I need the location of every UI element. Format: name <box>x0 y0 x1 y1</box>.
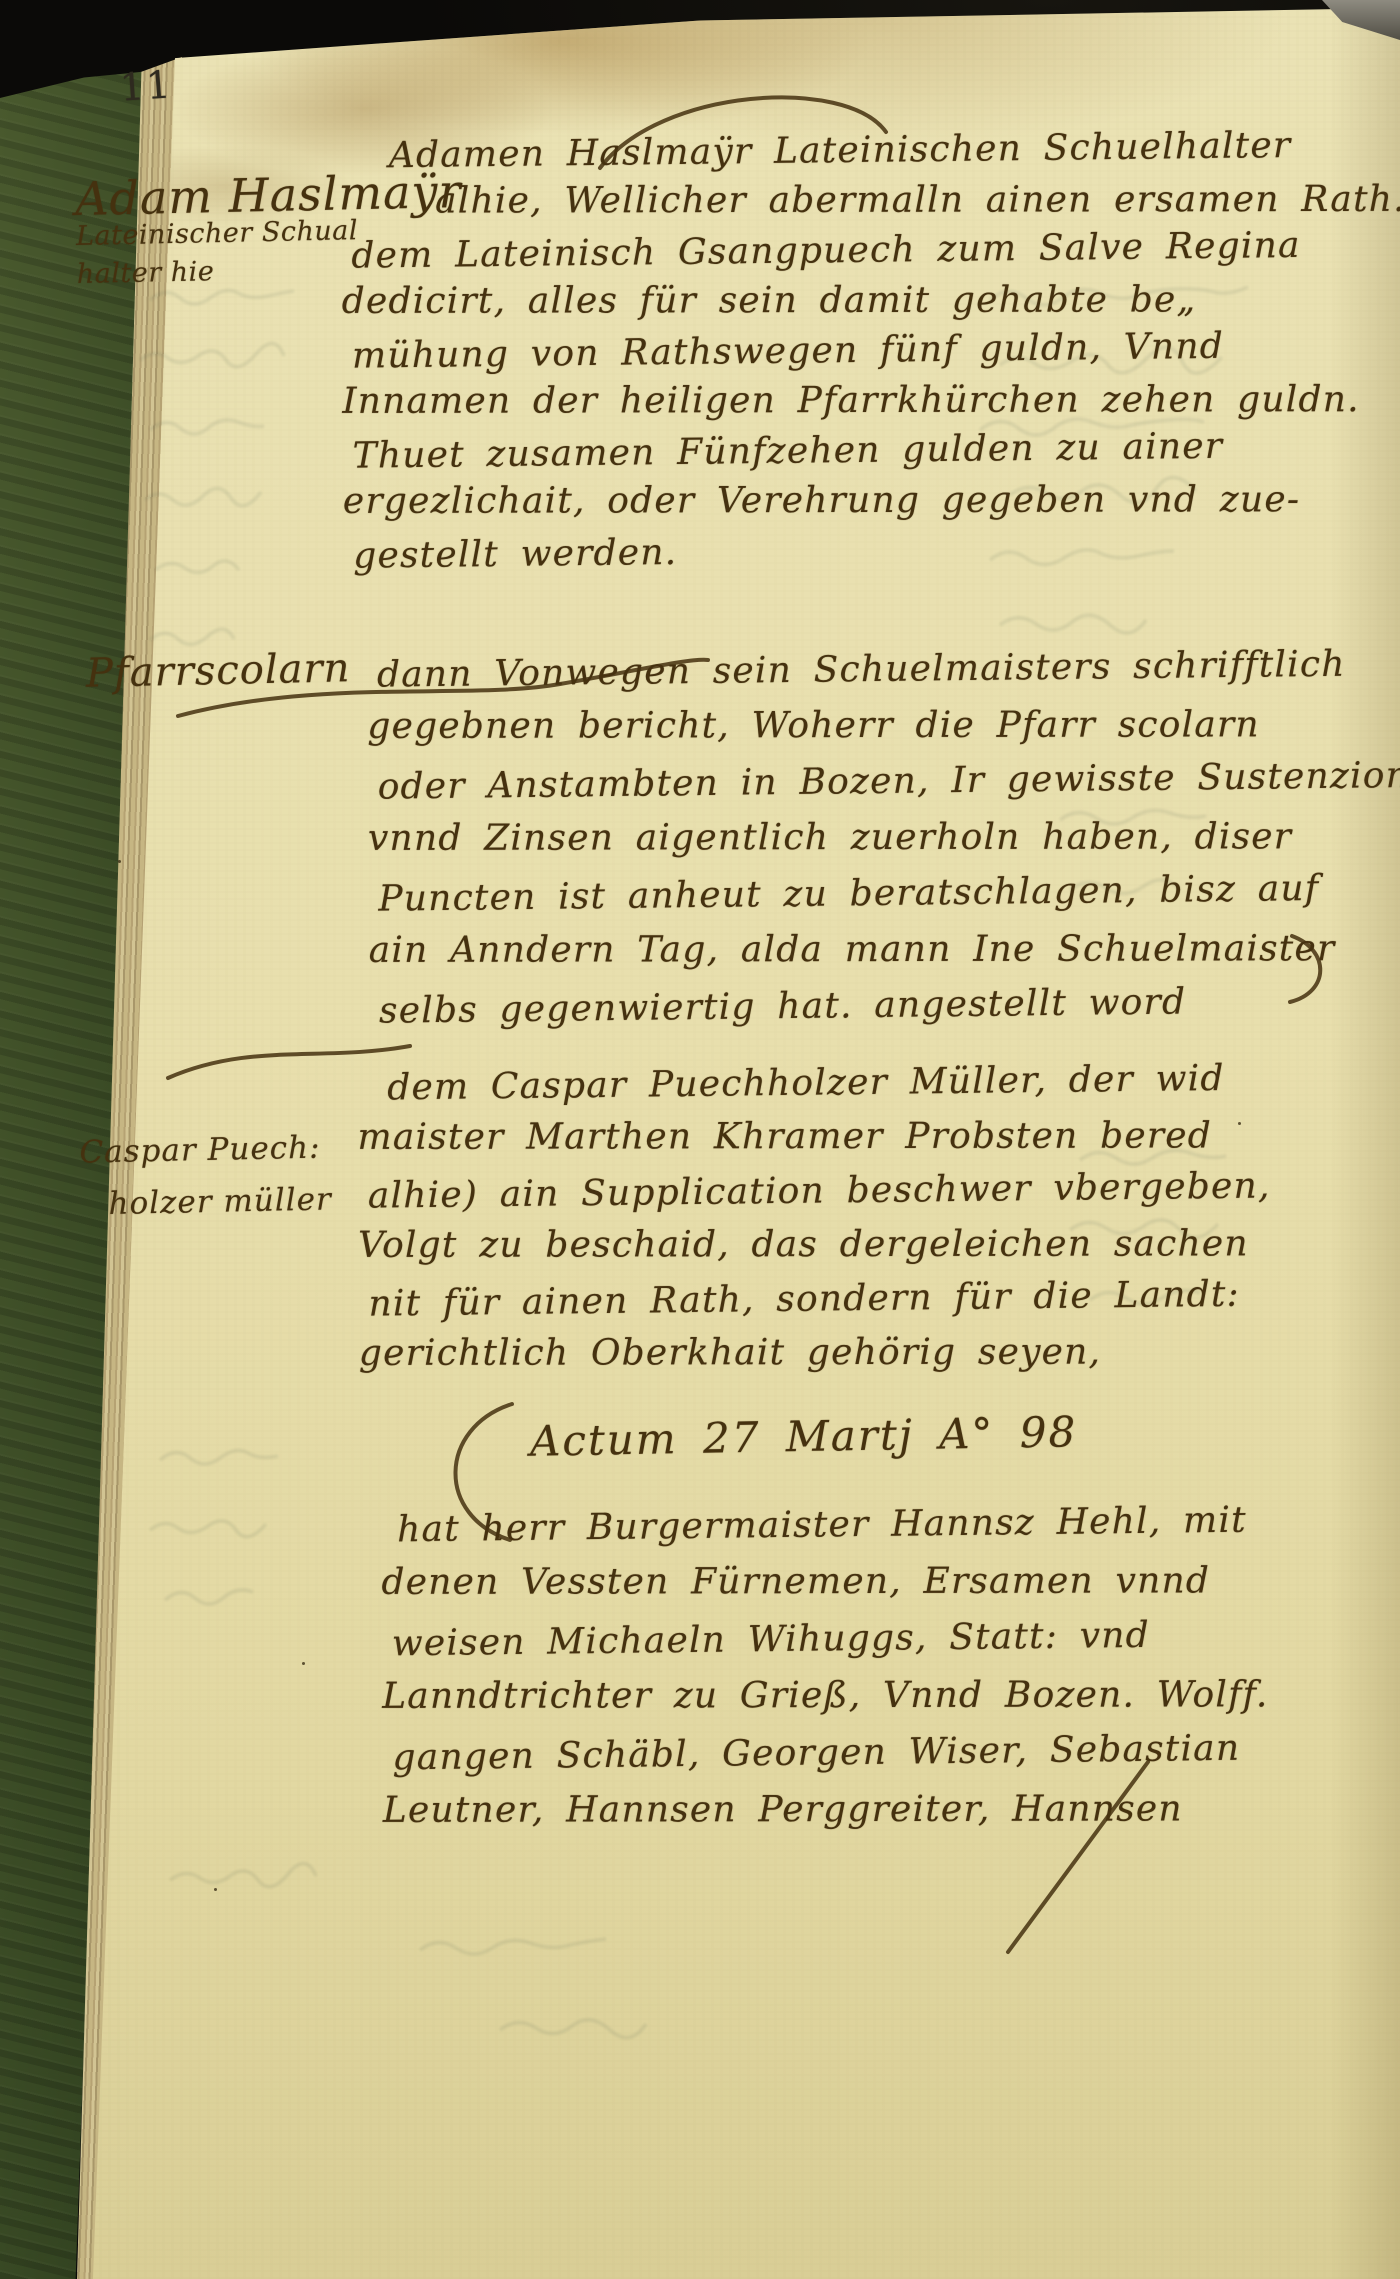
entry-3-body: dem Caspar Puechholzer Müller, der wid m… <box>367 1053 1369 1383</box>
manuscript-line: maister Marthen Khramer Probsten bered <box>357 1109 1367 1165</box>
manuscript-line: mühung von Rathswegen fünf guldn, Vnnd <box>352 320 1353 381</box>
entry-4-body: hat herr Burgermaister Hannsz Hehl, mit … <box>391 1493 1343 1841</box>
ink-speck <box>118 860 121 863</box>
manuscript-line: ain Anndern Tag, alda mann Ine Schuelmai… <box>369 921 1379 979</box>
folio-number: 11 <box>119 62 174 110</box>
margin-note-caspar-puechholzer: Caspar Puech: holzer müller <box>79 1121 332 1230</box>
manuscript-line: Lanndtrichter zu Grieß, Vnnd Bozen. Wolf… <box>382 1666 1342 1725</box>
manuscript-line: weisen Michaeln Wihuggs, Statt: vnd <box>392 1605 1343 1673</box>
manuscript-line: dedicirt, alles für sein damit gehabte b… <box>342 275 1352 327</box>
manuscript-line: alhie, Wellicher abermalln ainen ersamen… <box>435 175 1351 227</box>
manuscript-photo: 11 Adam Haslmaÿr Lateinischer Schual hal… <box>0 0 1400 2279</box>
entry-2-body: dann Vonwegen sein Schuelmaisters schrif… <box>377 639 1379 1037</box>
entry-1-body: Adamen Haslmaÿr Lateinischen Schuelhalte… <box>351 123 1354 579</box>
margin-note-line: Caspar Puech: <box>79 1121 331 1178</box>
manuscript-line: hat herr Burgermaister Hannsz Hehl, mit <box>391 1491 1342 1559</box>
manuscript-line: dem Lateinisch Gsangpuech zum Salve Regi… <box>351 220 1352 281</box>
margin-note-pfarrscolarn: Pfarrscolarn <box>86 649 351 693</box>
manuscript-line: alhie) ain Supplication beschwer vbergeb… <box>368 1158 1369 1223</box>
manuscript-line: oder Anstambten in Bozen, Ir gewisste Su… <box>377 748 1378 815</box>
manuscript-line: gegebnen bericht, Woherr die Pfarr scola… <box>367 697 1377 755</box>
manuscript-line: nit für ainen Rath, sondern für die Land… <box>368 1266 1369 1331</box>
manuscript-line: Innamen der heiligen Pfarrkhürchen zehen… <box>342 375 1352 427</box>
manuscript-line: dann Vonwegen sein Schuelmaisters schrif… <box>377 636 1378 703</box>
manuscript-line: vnnd Zinsen aigentlich zuerholn haben, d… <box>368 809 1378 867</box>
manuscript-line: Leutner, Hannsen Perggreiter, Hannsen <box>383 1780 1343 1839</box>
manuscript-line: denen Vessten Fürnemen, Ersamen vnnd <box>381 1552 1341 1611</box>
manuscript-line: gerichtlich Oberkhait gehörig seyen, <box>359 1325 1369 1381</box>
ink-speck <box>302 1662 305 1665</box>
manuscript-line: Puncten ist anheut zu beratschlagen, bis… <box>378 860 1379 927</box>
manuscript-line: Thuet zusamen Fünfzehen gulden zu ainer <box>352 420 1353 481</box>
date-heading: Actum 27 Martj A° 98 <box>530 1407 1078 1466</box>
manuscript-line: Adamen Haslmaÿr Lateinischen Schuelhalte… <box>351 120 1352 181</box>
manuscript-line: gestellt werden. <box>353 520 1354 581</box>
manuscript-line: Volgt zu beschaid, das dergeleichen sach… <box>358 1217 1368 1273</box>
margin-note-line: Pfarrscolarn <box>86 649 351 693</box>
margin-note-line: holzer müller <box>108 1173 332 1230</box>
manuscript-line: gangen Schäbl, Georgen Wiser, Sebastian <box>392 1719 1343 1787</box>
manuscript-line: selbs gegenwiertig hat. angestellt word <box>379 972 1380 1039</box>
manuscript-line: dem Caspar Puechholzer Müller, der wid <box>367 1050 1368 1115</box>
manuscript-line: ergezlichait, oder Verehrung gegeben vnd… <box>343 475 1353 527</box>
ink-speck <box>214 1888 217 1891</box>
